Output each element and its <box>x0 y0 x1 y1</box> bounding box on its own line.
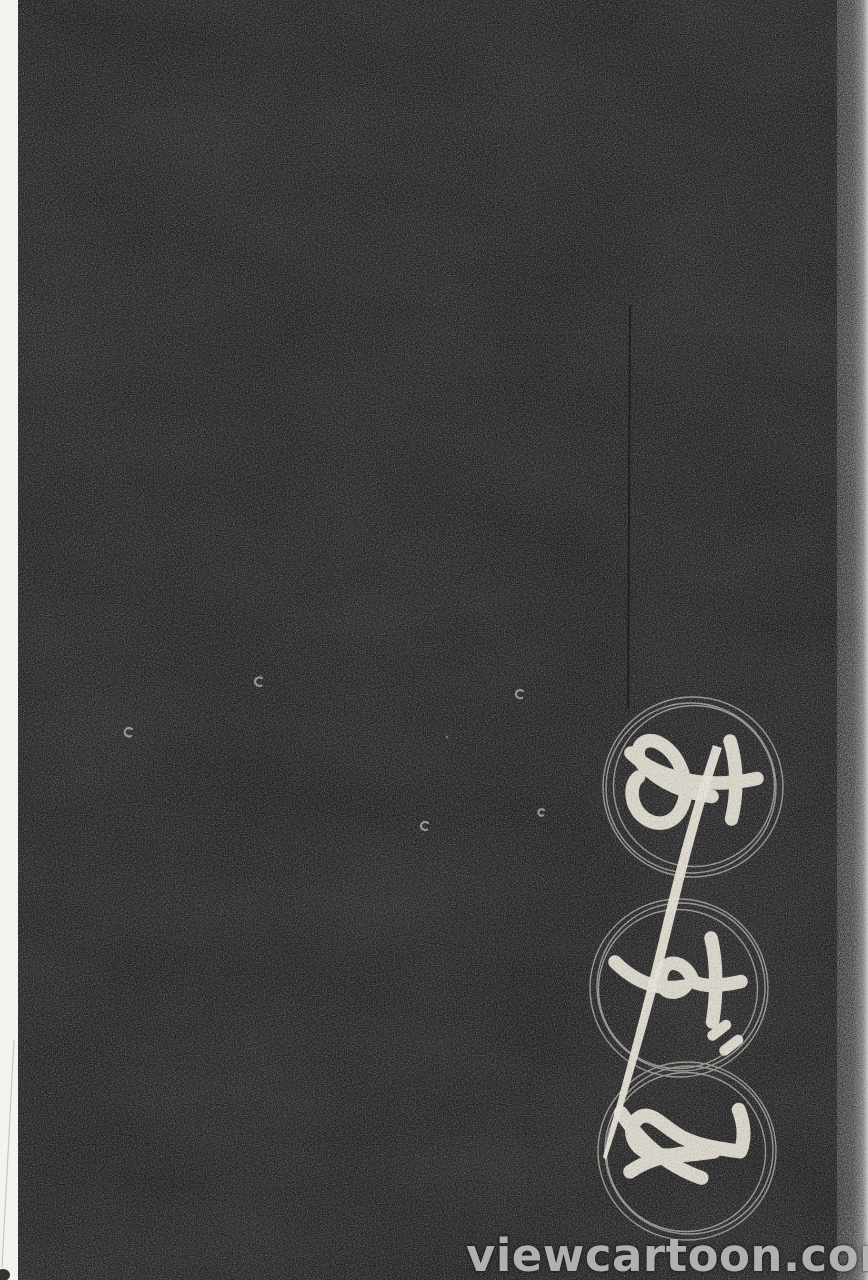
watermark-text: viewcartoon.com <box>466 1229 868 1280</box>
right-scan-edge <box>834 0 868 1280</box>
film-grain-overlay <box>0 0 868 1280</box>
left-paper-margin <box>0 0 18 1280</box>
scanned-page: viewcartoon.com <box>0 0 868 1280</box>
page-scan-art <box>0 0 868 1280</box>
